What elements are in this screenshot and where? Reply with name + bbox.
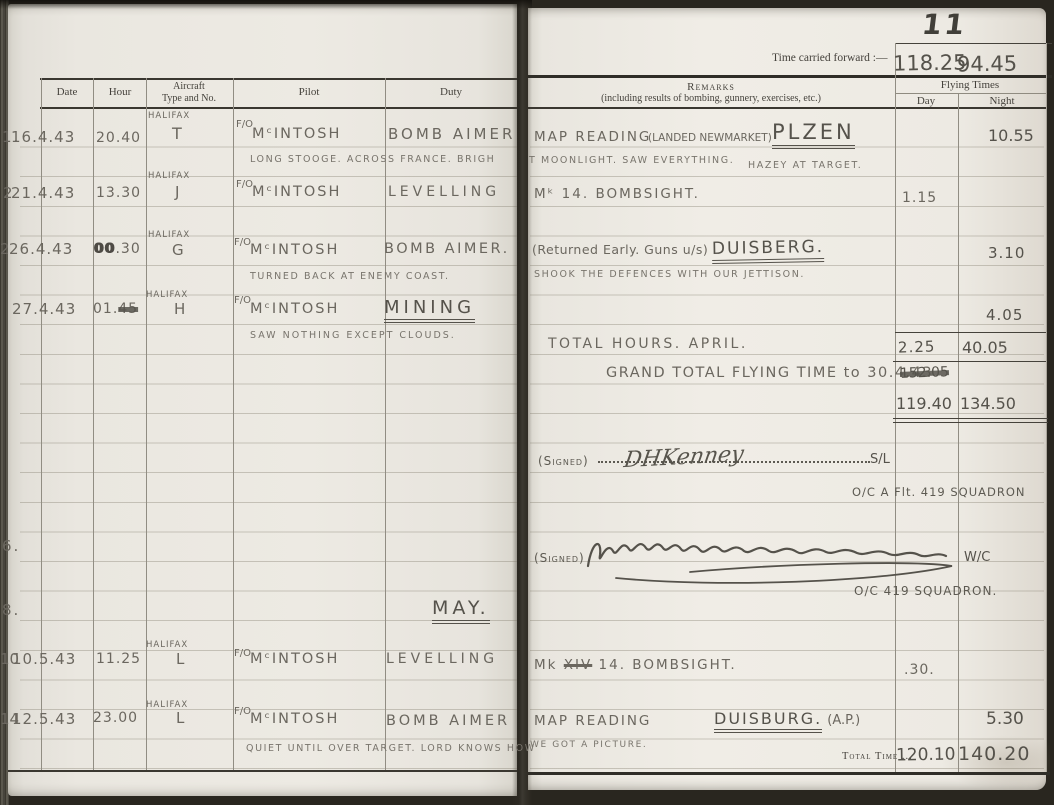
log-hour-overwritten: 00 <box>94 241 115 257</box>
log-hour: 20.40 <box>96 131 141 146</box>
pilot-name: MᶜINTOSH <box>250 302 339 318</box>
grand-total-struck-value: 152.05 <box>900 365 950 382</box>
remarks: MAP READING <box>534 714 651 729</box>
night-time: 3.10 <box>988 245 1025 262</box>
aircraft-type: HALIFAX <box>148 231 190 240</box>
col-header-aircraft-1: Aircraft <box>173 81 205 92</box>
col-header-flying-times: Flying Times <box>941 79 999 91</box>
scan-shadow <box>0 0 532 9</box>
log-hour: 23.00 <box>93 711 138 726</box>
signature-rank: W/C <box>964 551 990 565</box>
col-header-night: Night <box>989 95 1014 107</box>
remarks: Mk <box>534 657 557 673</box>
column-rule <box>93 78 94 770</box>
duty-note: QUIET UNTIL OVER TARGET. LORD KNOWS HOW <box>246 744 536 754</box>
pilot-name: MᶜINTOSH <box>250 652 339 668</box>
margin-number: 6. <box>2 538 20 555</box>
grand-total-night: 134.50 <box>960 395 1016 413</box>
remarks-struck-text: XIV <box>564 657 592 673</box>
pilot-name: MᶜINTOSH <box>252 127 341 143</box>
pilot-rank: F/O <box>234 706 251 717</box>
aircraft-letter: J <box>175 184 181 201</box>
target-name: DUISBURG. <box>714 709 822 733</box>
totals-rule <box>893 418 1048 419</box>
night-time: 10.55 <box>988 127 1034 145</box>
column-rule <box>1046 43 1047 772</box>
remarks-note: SHOOK THE DEFENCES WITH OUR JETTISON. <box>534 270 805 280</box>
margin-number: 8. <box>2 602 20 619</box>
night-time: 4.05 <box>986 307 1023 324</box>
carried-forward-label: Time carried forward :— <box>772 52 888 65</box>
col-header-date: Date <box>57 86 78 98</box>
log-date: 12.5.43 <box>12 711 76 728</box>
log-date: 16.4.43 <box>11 129 75 146</box>
totals-rule <box>893 422 1048 423</box>
duty-note: LONG STOOGE. ACROSS FRANCE. BRIGH <box>250 155 495 165</box>
log-date: 10.5.43 <box>12 651 76 668</box>
col-header-day: Day <box>917 95 935 107</box>
aircraft-type: HALIFAX <box>148 172 190 181</box>
totals-rule <box>895 332 1046 333</box>
signature-unit: O/C 419 SQUADRON. <box>854 585 997 598</box>
day-time: .30. <box>904 663 935 678</box>
log-hour-scribbled: 45 <box>118 301 138 317</box>
aircraft-letter: G <box>172 242 186 259</box>
duty: BOMB AIMER <box>388 126 515 143</box>
table-rule <box>528 107 1046 109</box>
carried-forward-night: 94.45 <box>957 52 1018 76</box>
totals-rule <box>893 361 1046 362</box>
table-rule <box>40 78 517 80</box>
signed-label: (Signed) <box>538 455 589 468</box>
target-note: (A.P.) <box>827 713 860 728</box>
col-header-remarks: Remarks <box>687 81 735 93</box>
pilot-rank: F/O <box>236 179 253 190</box>
duty: LEVELLING <box>386 652 498 667</box>
pilot-rank: F/O <box>236 119 253 130</box>
total-day: 2.25 <box>898 338 936 356</box>
col-header-remarks-sub: (including results of bombing, gunnery, … <box>601 93 821 104</box>
remarks-paren: (LANDED NEWMARKET) <box>648 133 772 145</box>
log-date: 21.4.43 <box>11 185 75 202</box>
day-time: 1.15 <box>902 191 937 206</box>
table-rule <box>40 107 517 109</box>
logbook-scan: 11 Time carried forward :— 118.25 94.45 … <box>0 0 1054 805</box>
remarks-continuation: T MOONLIGHT. SAW EVERYTHING. <box>529 156 734 166</box>
table-rule <box>8 770 517 772</box>
log-hour: 11.25 <box>96 652 141 667</box>
col-header-pilot: Pilot <box>299 86 320 98</box>
remarks-note: HAZEY AT TARGET. <box>748 161 862 171</box>
col-header-duty: Duty <box>440 86 462 98</box>
pilot-name: MᶜINTOSH <box>250 712 339 728</box>
month-heading: MAY. <box>432 598 490 624</box>
aircraft-letter: L <box>176 651 186 668</box>
pilot-rank: F/O <box>234 237 251 248</box>
total-hours-label: TOTAL HOURS. APRIL. <box>548 337 748 352</box>
aircraft-letter: T <box>172 125 184 143</box>
duty: MINING <box>384 298 475 323</box>
aircraft-type: HALIFAX <box>146 641 188 650</box>
log-hour: .30 <box>115 241 140 257</box>
aircraft-letter: L <box>176 710 186 727</box>
col-header-hour: Hour <box>109 86 132 98</box>
aircraft-type: HALIFAX <box>148 112 190 121</box>
duty: LEVELLING <box>388 185 500 200</box>
aircraft-type: HALIFAX <box>146 291 188 300</box>
target-name: PLZEN <box>772 121 855 149</box>
duty-note: TURNED BACK AT ENEMY COAST. <box>250 272 450 282</box>
remarks: MAP READING <box>534 130 651 145</box>
page-number: 11 <box>920 10 969 41</box>
table-rule <box>895 43 1052 44</box>
pilot-name: MᶜINTOSH <box>252 185 341 201</box>
carried-forward-day: 118.25 <box>893 51 967 75</box>
col-header-aircraft-2: Type and No. <box>162 93 216 104</box>
remarks: Mᵏ 14. BOMBSIGHT. <box>534 187 700 202</box>
ruled-lines-left <box>20 118 517 770</box>
grand-total-label: GRAND TOTAL FLYING TIME to 30.4.43 <box>606 366 933 382</box>
signature-rank: S/L <box>870 453 890 467</box>
pilot-rank: F/O <box>234 295 251 306</box>
remarks-note: WE GOT A PICTURE. <box>530 741 647 751</box>
signed-label: (Signed) <box>534 552 585 565</box>
grand-total-day: 119.40 <box>896 395 952 413</box>
pilot-rank: F/O <box>234 648 251 659</box>
duty: BOMB AIMER. <box>384 242 510 258</box>
table-rule <box>528 772 1050 775</box>
remarks: (Returned Early. Guns u/s) <box>532 243 708 257</box>
log-date: 26.4.43 <box>9 241 73 258</box>
target-name: DUISBERG. <box>712 238 825 264</box>
table-rule <box>895 93 1046 94</box>
remarks: 14. BOMBSIGHT. <box>599 657 737 673</box>
total-night: 40.05 <box>962 339 1008 357</box>
column-rule <box>233 78 234 770</box>
signature-flourish <box>580 522 980 592</box>
column-rule <box>146 78 147 770</box>
log-hour: 01. <box>93 301 118 317</box>
footer-total-night: 140.20 <box>958 744 1030 765</box>
duty-note: SAW NOTHING EXCEPT CLOUDS. <box>250 331 456 341</box>
pilot-name: MᶜINTOSH <box>250 243 339 259</box>
night-time: 5.30 <box>986 710 1024 729</box>
log-date: 27.4.43 <box>12 301 76 318</box>
signature-unit: O/C A Flt. 419 SQUADRON <box>852 486 1026 499</box>
footer-total-day: 120.10 <box>896 745 956 765</box>
column-rule <box>958 93 959 772</box>
duty: BOMB AIMER <box>386 714 510 730</box>
aircraft-letter: H <box>174 301 187 318</box>
log-hour: 13.30 <box>96 186 141 201</box>
